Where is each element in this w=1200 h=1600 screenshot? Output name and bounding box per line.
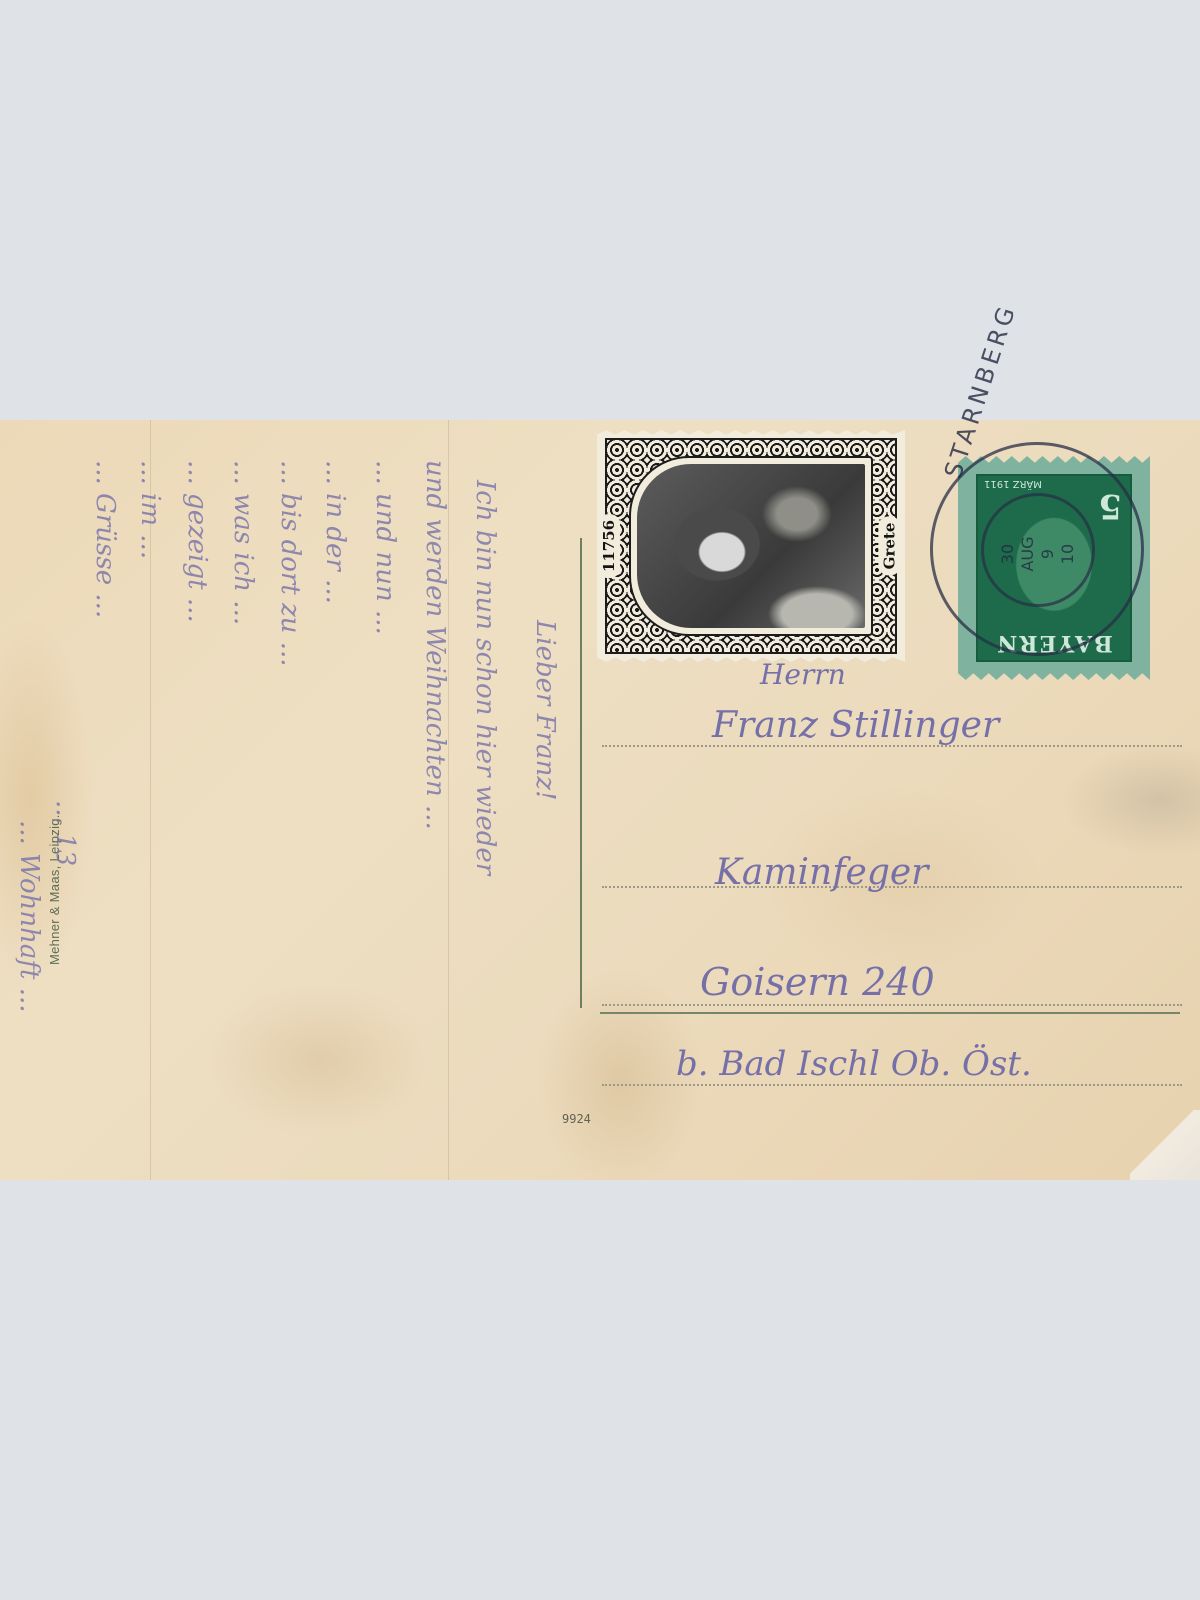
vignette-portrait-frame [629,456,873,636]
message-line: ... gezeigt ... [182,420,222,1180]
message-line: ... bis dort zu ... [275,420,315,1180]
address-occupation: Kaminfeger [715,852,928,893]
card-number: 9924 [562,1112,591,1126]
divider-line [580,538,582,1008]
postmark-circle: STARNBERG 30 AUG 9 10 [930,442,1144,656]
message-signature: ... 13 [50,420,90,1180]
torn-corner [1130,1110,1200,1180]
address-salutation: Herrn [760,658,846,691]
message-line: Ich bin nun schon hier wieder [470,420,510,1180]
address-line [602,1084,1182,1086]
message-line: ... Grüsse ... [90,420,130,1180]
message-greeting: Lieber Franz! [530,420,570,1180]
vignette-name: Grete [879,517,901,576]
address-underline [600,1012,1180,1014]
address-line [602,1004,1182,1006]
postcard: Mehner & Maas, Leipzig. Lieber Franz! Ic… [0,420,1200,1180]
message-line: ... im ... [135,420,175,1180]
portrait-image [637,464,865,628]
postmark-date-circle: 30 AUG 9 10 [981,493,1095,607]
message-line: und werden Weihnachten ... [420,420,460,1180]
message-line: ... in der ... [320,420,360,1180]
address-name: Franz Stillinger [712,705,999,746]
postmark-town: STARNBERG [939,300,1022,482]
address-street: Goisern 240 [700,960,935,1004]
poster-stamp-vignette: 11756 Grete [597,430,905,662]
message-line: ... und nun ... [370,420,410,1180]
address-region: b. Bad Ischl Ob. Öst. [676,1044,1032,1084]
vignette-number: 11756 [598,514,620,578]
message-line: ... Wohnhaft ... [14,420,54,1180]
postmark-date: 30 AUG 9 10 [998,518,1078,590]
message-line: ... was ich ... [228,420,268,1180]
